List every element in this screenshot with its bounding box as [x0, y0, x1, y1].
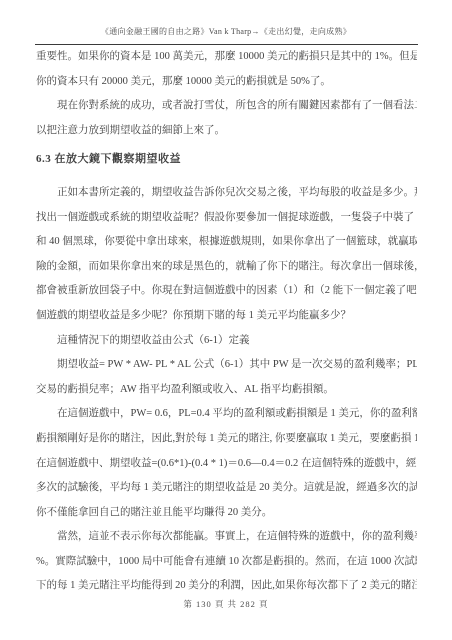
text-line: 在這個遊戲中，PW= 0.6，PL=0.4 平均的盈利額或虧損額是 1 美元，你…	[36, 402, 417, 427]
text-line: %。實際試驗中，1000 局中可能會有連續 10 次都是虧損的。然而，在這 10…	[36, 550, 417, 575]
text-line: 現在你對系統的成功，或者說打雪仗，所包含的所有關鍵因素都有了一個看法二 我們可	[36, 94, 417, 119]
running-header: 《通向金融王國的自由之路》Van k Tharp→《走出幻覺，走向成熟》	[0, 26, 452, 37]
text-line: 交易的虧損兒率；AW 指平均盈利額或收入、AL 指平均虧損額。	[36, 378, 417, 403]
text-line: 正如本書所定義的，期望收益告訴你兒次交易之後，平均每股的收益是多少。那麼怎麼	[36, 181, 417, 206]
text-line: 在這個遊戲中、期望收益=(0.6*1)-(0.4 * 1)＝0.6—0.4＝0.…	[36, 452, 417, 477]
document-page: 《通向金融王國的自由之路》Van k Tharp→《走出幻覺，走向成熟》 重要性…	[0, 0, 452, 640]
text-line: 以把注意力放到期望收益的細節上來了。	[36, 119, 417, 144]
section-heading: 6.3 在放大鏡下觀察期望收益	[36, 147, 417, 172]
text-line: 都會被重新放回袋子中。你現在對這個遊戲中的因素（1）和（2 能下一個定義了吧，那…	[36, 279, 417, 304]
text-line: 期望收益= PW * AW- PL * AL 公式（6-1）其中 PW 是一次交…	[36, 353, 417, 378]
text-line: 你不僅能拿回自己的賭注並且能平均賺得 20 美分。	[36, 501, 417, 526]
page-body: 重要性。如果你的資本是 100 萬美元，那麼 10000 美元的虧損只是其中的 …	[36, 45, 417, 599]
text-line: 當然，這並不表示你每次都能贏。事實上，在這個特殊的遊戲中，你的盈利幾率只有 60	[36, 525, 417, 550]
text-line: 重要性。如果你的資本是 100 萬美元，那麼 10000 美元的虧損只是其中的 …	[36, 45, 417, 70]
page-footer: 第 130 頁 共 282 頁	[0, 598, 452, 610]
text-line: 這種情況下的期望收益由公式（6-1）定義	[36, 329, 417, 354]
text-line: 個遊戲的期望收益是多少呢？你預期下賭的每 1 美元平均能贏多少？	[36, 304, 417, 329]
text-line: 找出一個遊戲或系統的期望收益呢？假設你要參加一個捉球遊戲，一隻袋子中裝了 60 …	[36, 206, 417, 231]
text-line: 虧損額剛好是你的賭注，因此,對於每 1 美元的賭注, 你要麼贏取 1 美元，要麼…	[36, 427, 417, 452]
text-line: 多次的試驗後，平均每 1 美元賭注的期望收益是 20 美分。這就是說，經過多次的…	[36, 476, 417, 501]
text-line: 下的每 1 美元賭注平均能得到 20 美分的利潤，因此,如果你每次都下了 2 美…	[36, 574, 417, 599]
text-line: 你的資本只有 20000 美元，那麼 10000 美元的虧損就是 50%了。	[36, 70, 417, 95]
text-line: 險的金額，而如果你拿出來的球是黑色的，就輸了你下的賭注。每次拿出一個球後，該球又	[36, 255, 417, 280]
text-line: 和 40 個黑球，你要從中拿出球來，根據遊戲規則，如果你拿出了一個籃球，就贏取了…	[36, 230, 417, 255]
